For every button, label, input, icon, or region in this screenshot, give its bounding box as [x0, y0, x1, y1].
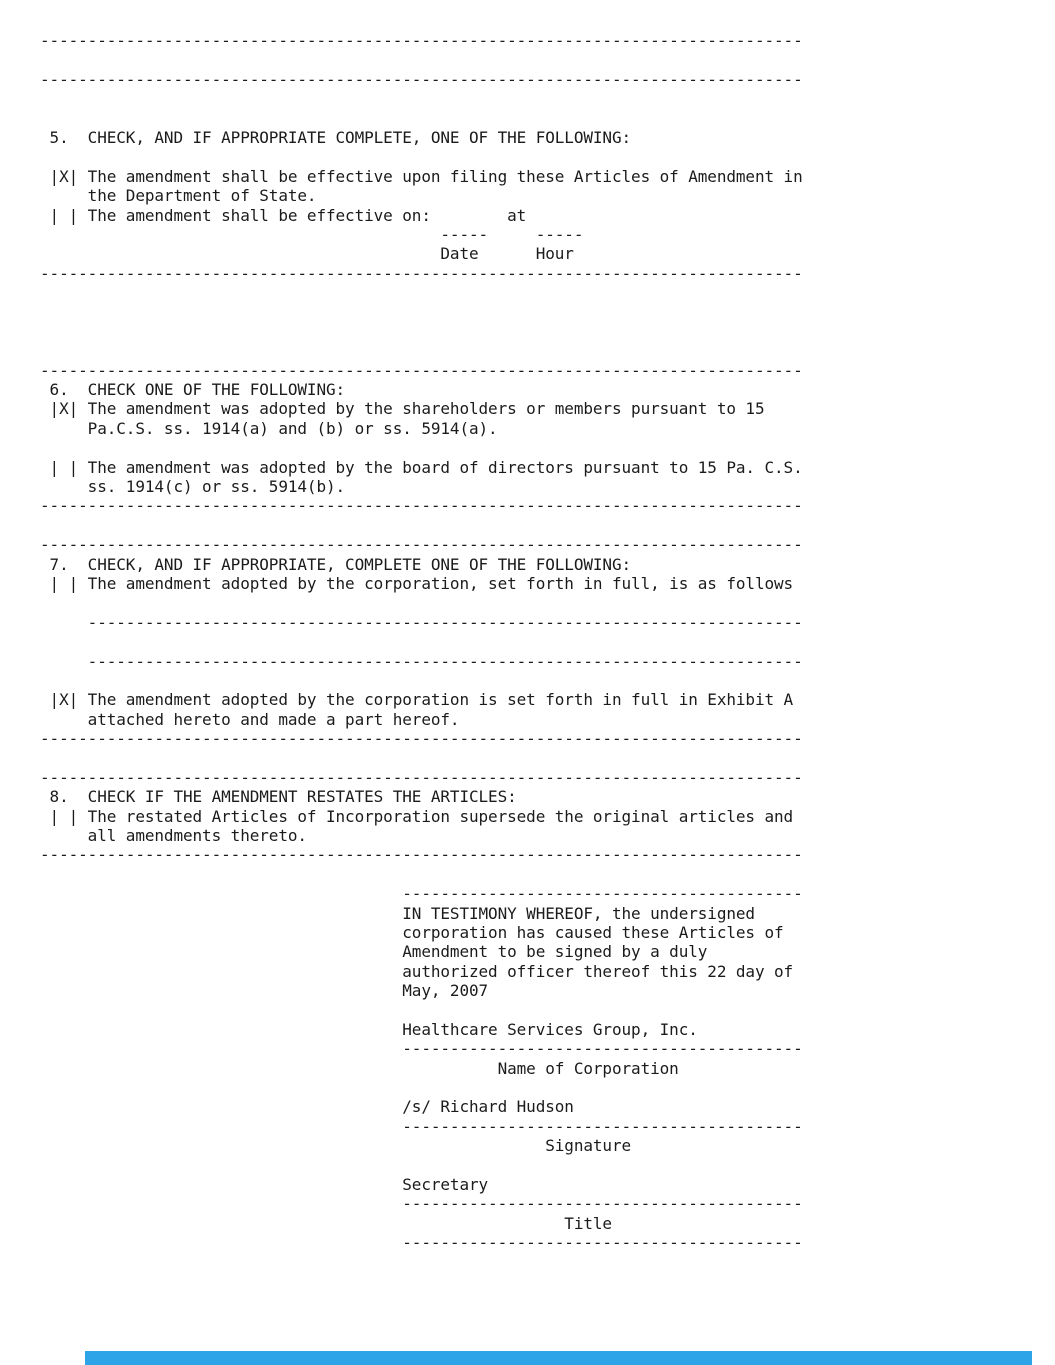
section-7-option-checked: |X| The amendment adopted by the corpora… — [40, 690, 803, 709]
signature-rule: ----------------------------------------… — [40, 1233, 803, 1252]
section-6-option-checked: |X| The amendment was adopted by the sha… — [40, 399, 803, 418]
section-5-option-checked-continued: the Department of State. — [40, 186, 803, 205]
section-6-option-unchecked-continued: ss. 1914(c) or ss. 5914(b). — [40, 477, 803, 496]
separator-line: ----------------------------------------… — [40, 70, 803, 89]
blank-line — [40, 50, 803, 69]
separator-line: ----------------------------------------… — [40, 496, 803, 515]
testimony-text: IN TESTIMONY WHEREOF, the undersigned — [40, 904, 803, 923]
blank-line — [40, 322, 803, 341]
signature-rule: ----------------------------------------… — [40, 1194, 803, 1213]
testimony-text: Amendment to be signed by a duly — [40, 942, 803, 961]
blank-line — [40, 302, 803, 321]
document-body: ----------------------------------------… — [40, 31, 803, 1253]
separator-line: ----------------------------------------… — [40, 264, 803, 283]
blank-line — [40, 1001, 803, 1020]
section-5-heading: 5. CHECK, AND IF APPROPRIATE COMPLETE, O… — [40, 128, 803, 147]
blank-line — [40, 865, 803, 884]
section-6-option-checked-continued: Pa.C.S. ss. 1914(a) and (b) or ss. 5914(… — [40, 419, 803, 438]
blank-line — [40, 109, 803, 128]
blank-line — [40, 341, 803, 360]
separator-line: ----------------------------------------… — [40, 535, 803, 554]
corporation-name-value: Healthcare Services Group, Inc. — [40, 1020, 803, 1039]
signature-label: Signature — [40, 1136, 803, 1155]
title-value: Secretary — [40, 1175, 803, 1194]
blank-line — [40, 89, 803, 108]
fill-in-underline: ----------------------------------------… — [40, 613, 803, 632]
blank-line — [40, 748, 803, 767]
blank-line — [40, 283, 803, 302]
section-8-heading: 8. CHECK IF THE AMENDMENT RESTATES THE A… — [40, 787, 803, 806]
section-6-option-unchecked: | | The amendment was adopted by the boa… — [40, 458, 803, 477]
separator-line: ----------------------------------------… — [40, 729, 803, 748]
title-label: Title — [40, 1214, 803, 1233]
section-7-heading: 7. CHECK, AND IF APPROPRIATE, COMPLETE O… — [40, 555, 803, 574]
testimony-text: authorized officer thereof this 22 day o… — [40, 962, 803, 981]
corporation-name-label: Name of Corporation — [40, 1059, 803, 1078]
blank-line — [40, 516, 803, 535]
blank-line — [40, 632, 803, 651]
section-5-option-unchecked: | | The amendment shall be effective on:… — [40, 206, 803, 225]
separator-line: ----------------------------------------… — [40, 361, 803, 380]
blank-line — [40, 1078, 803, 1097]
section-5-option-checked: |X| The amendment shall be effective upo… — [40, 167, 803, 186]
selection-highlight-bar — [85, 1351, 1032, 1365]
separator-line: ----------------------------------------… — [40, 768, 803, 787]
section-6-heading: 6. CHECK ONE OF THE FOLLOWING: — [40, 380, 803, 399]
testimony-text: May, 2007 — [40, 981, 803, 1000]
date-hour-labels: Date Hour — [40, 244, 803, 263]
separator-line: ----------------------------------------… — [40, 31, 803, 50]
testimony-text: corporation has caused these Articles of — [40, 923, 803, 942]
blank-line — [40, 671, 803, 690]
section-8-option-unchecked: | | The restated Articles of Incorporati… — [40, 807, 803, 826]
blank-line — [40, 1156, 803, 1175]
blank-line — [40, 147, 803, 166]
section-7-option-unchecked: | | The amendment adopted by the corpora… — [40, 574, 803, 593]
signature-rule: ----------------------------------------… — [40, 1117, 803, 1136]
date-hour-underline: ----- ----- — [40, 225, 803, 244]
section-8-option-unchecked-continued: all amendments thereto. — [40, 826, 803, 845]
fill-in-underline: ----------------------------------------… — [40, 652, 803, 671]
signature-rule: ----------------------------------------… — [40, 1039, 803, 1058]
separator-line: ----------------------------------------… — [40, 845, 803, 864]
signature-value: /s/ Richard Hudson — [40, 1097, 803, 1116]
blank-line — [40, 438, 803, 457]
testimony-separator: ----------------------------------------… — [40, 884, 803, 903]
section-7-option-checked-continued: attached hereto and made a part hereof. — [40, 710, 803, 729]
blank-line — [40, 593, 803, 612]
